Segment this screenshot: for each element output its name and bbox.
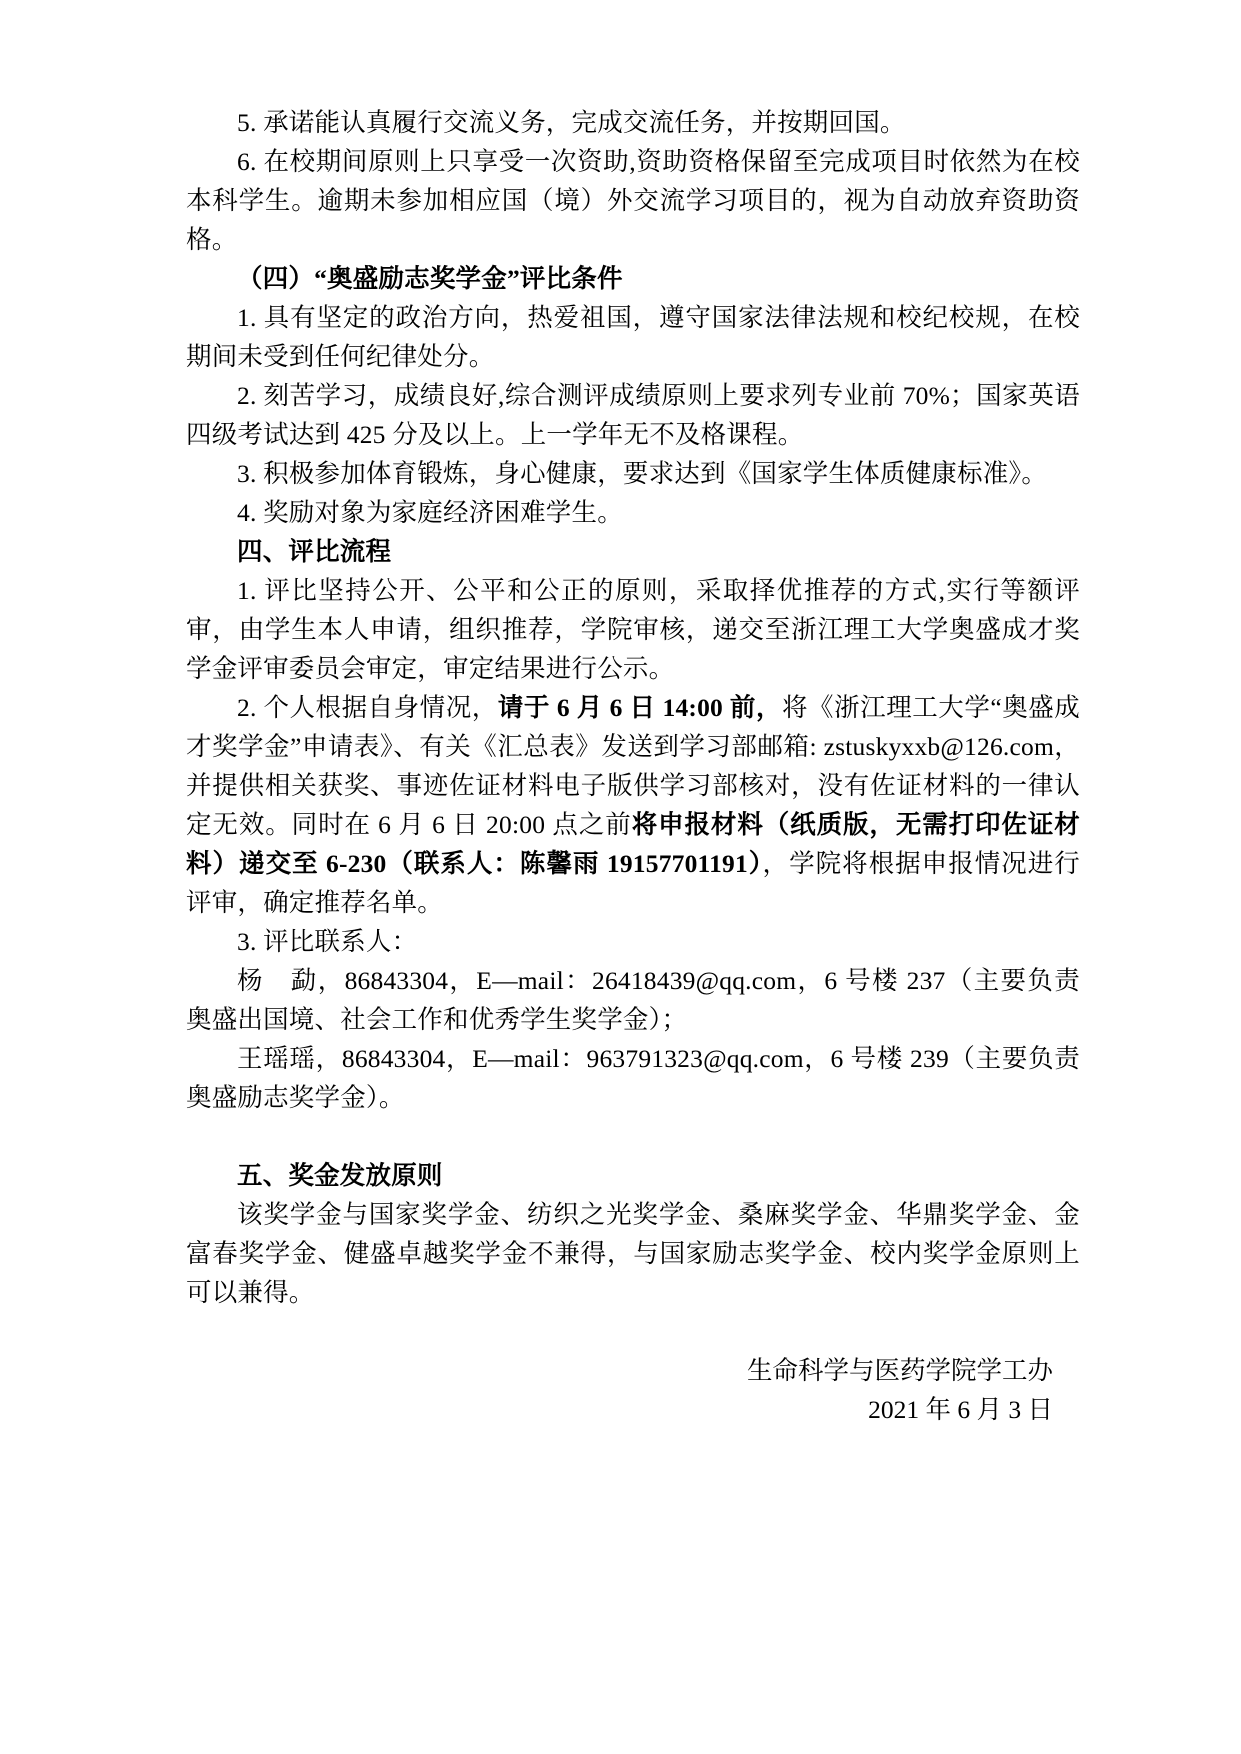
signature-date: 2021 年 6 月 3 日: [186, 1390, 1080, 1429]
contact-wang: 王瑶瑶，86843304，E—mail：963791323@qq.com，6 号…: [186, 1039, 1080, 1117]
text-run-bold-email-deadline: 请于 6 月 6 日 14:00 前，: [498, 693, 782, 722]
list-item-6: 6. 在校期间原则上只享受一次资助,资助资格保留至完成项目时依然为在校本科学生。…: [186, 142, 1080, 259]
document-page: 5. 承诺能认真履行交流义务，完成交流任务，并按期回国。 6. 在校期间原则上只…: [186, 103, 1080, 1429]
criteria-item-2: 2. 刻苦学习，成绩良好,综合测评成绩原则上要求列专业前 70%；国家英语四级考…: [186, 376, 1080, 454]
heading-section4-criteria: （四）“奥盛励志奖学金”评比条件: [186, 259, 1080, 298]
signature-block: 生命科学与医药学院学工办 2021 年 6 月 3 日: [186, 1351, 1080, 1429]
criteria-item-3: 3. 积极参加体育锻炼，身心健康，要求达到《国家学生体质健康标准》。: [186, 454, 1080, 493]
list-item-5: 5. 承诺能认真履行交流义务，完成交流任务，并按期回国。: [186, 103, 1080, 142]
signature-unit: 生命科学与医药学院学工办: [186, 1351, 1080, 1390]
process-step-3: 3. 评比联系人：: [186, 922, 1080, 961]
contact-yang: 杨 勐，86843304，E—mail：26418439@qq.com，6 号楼…: [186, 961, 1080, 1039]
award-principle-text: 该奖学金与国家奖学金、纺织之光奖学金、桑麻奖学金、华鼎奖学金、金富春奖学金、健盛…: [186, 1195, 1080, 1312]
process-step-2: 2. 个人根据自身情况，请于 6 月 6 日 14:00 前，将《浙江理工大学“…: [186, 688, 1080, 922]
blank-line: [186, 1117, 1080, 1156]
criteria-item-1: 1. 具有坚定的政治方向，热爱祖国，遵守国家法律法规和校纪校规，在校期间未受到任…: [186, 298, 1080, 376]
criteria-item-4: 4. 奖励对象为家庭经济困难学生。: [186, 493, 1080, 532]
heading-award-principle: 五、奖金发放原则: [186, 1156, 1080, 1195]
blank-line: [186, 1312, 1080, 1351]
heading-evaluation-process: 四、评比流程: [186, 532, 1080, 571]
process-step-1: 1. 评比坚持公开、公平和公正的原则，采取择优推荐的方式,实行等额评审，由学生本…: [186, 571, 1080, 688]
text-run: 2. 个人根据自身情况，: [237, 693, 498, 722]
